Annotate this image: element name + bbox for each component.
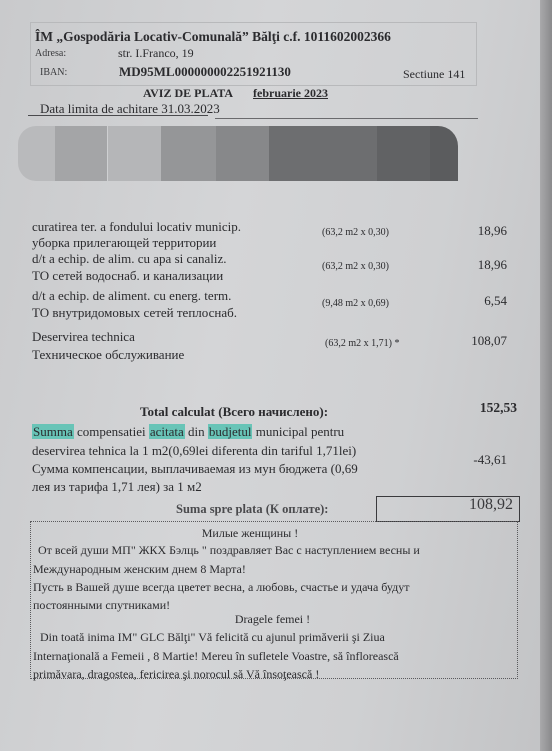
address-value: str. I.Franco, 19 <box>118 46 194 61</box>
service-name-ro: d/t a echip. de alim. cu apa si canaliz. <box>32 251 227 267</box>
service-calculation: (63,2 m2 x 0,30) <box>322 227 389 238</box>
text: din <box>185 424 208 439</box>
service-name-ru: Техническое обслуживание <box>32 347 184 363</box>
service-amount: 18,96 <box>440 223 507 239</box>
paper-edge <box>540 0 552 751</box>
greeting-ru-title: Милые женщины ! <box>0 526 500 541</box>
greeting-ru-line: Международным женским днем 8 Марта! <box>33 562 246 577</box>
greeting-ru-line: От всей души МП" ЖКХ Бэлць " поздравляет… <box>38 543 420 558</box>
greeting-ro-title: Dragele femei ! <box>0 612 545 627</box>
greeting-ru-line: Пусть в Вашей душе всегда цветет весна, … <box>33 580 410 595</box>
service-amount: 6,54 <box>440 293 507 309</box>
service-name-ru: ТО сетей водоснаб. и канализации <box>32 268 223 284</box>
text: municipal pentru <box>252 424 344 439</box>
divider <box>28 115 208 116</box>
document-title: AVIZ DE PLATA <box>143 86 233 101</box>
payment-label: Suma spre plata (К оплате): <box>176 502 328 517</box>
greeting-ro-line: primăvara, dragostea, fericirea şi noroc… <box>33 667 319 682</box>
payment-value: 108,92 <box>440 496 513 514</box>
highlighted-word: budjetul <box>208 424 253 439</box>
service-amount: 18,96 <box>440 257 507 273</box>
address-label: Adresa: <box>35 48 66 59</box>
iban-label: IBAN: <box>40 67 67 78</box>
billing-period: februarie 2023 <box>253 86 328 101</box>
payment-notice-document: ÎM „Gospodăria Locativ-Comunală” Bălţi c… <box>0 0 552 751</box>
compensation-value: -43,61 <box>440 452 507 468</box>
total-label: Total calculat (Всего начислено): <box>140 404 328 420</box>
service-name-ro: d/t a echip. de aliment. cu energ. term. <box>32 288 231 304</box>
service-calculation: (63,2 m2 x 1,71) * <box>325 338 399 349</box>
service-calculation: (9,48 m2 x 0,69) <box>322 298 389 309</box>
compensation-line-1: Summa compensatiei acitata din budjetul … <box>32 424 344 440</box>
service-name-ru: уборка прилегающей территории <box>32 235 216 251</box>
service-name-ro: curatirea ter. a fondului locativ munici… <box>32 219 241 235</box>
divider <box>215 118 478 119</box>
service-name-ru: ТО внутридомовых сетей теплоснаб. <box>32 305 237 321</box>
greeting-ro-line: Internaţională a Femeii , 8 Martie! Mere… <box>33 649 399 664</box>
text: compensatiei <box>74 424 149 439</box>
section-number: Sectiune 141 <box>403 67 465 82</box>
service-calculation: (63,2 m2 x 0,30) <box>322 261 389 272</box>
service-amount: 108,07 <box>440 333 507 349</box>
organization-name: ÎM „Gospodăria Locativ-Comunală” Bălţi c… <box>35 29 391 45</box>
iban-value: MD95ML000000002251921130 <box>119 64 291 80</box>
service-name-ro: Deservirea technica <box>32 329 135 345</box>
greeting-ro-line: Din toată inima IM" GLC Bălţi" Vă felici… <box>40 630 385 645</box>
highlighted-word: Summa <box>32 424 74 439</box>
greeting-ru-line: постоянными спутниками! <box>33 598 170 613</box>
compensation-line-3: Сумма компенсации, выплачиваемая из мун … <box>32 461 358 477</box>
compensation-line-2: deservirea tehnica la 1 m2(0,69lei difer… <box>32 443 356 459</box>
compensation-line-4: лея из тарифа 1,71 лея) за 1 м2 <box>32 479 202 495</box>
highlighted-word: acitata <box>149 424 185 439</box>
total-value: 152,53 <box>440 400 517 416</box>
